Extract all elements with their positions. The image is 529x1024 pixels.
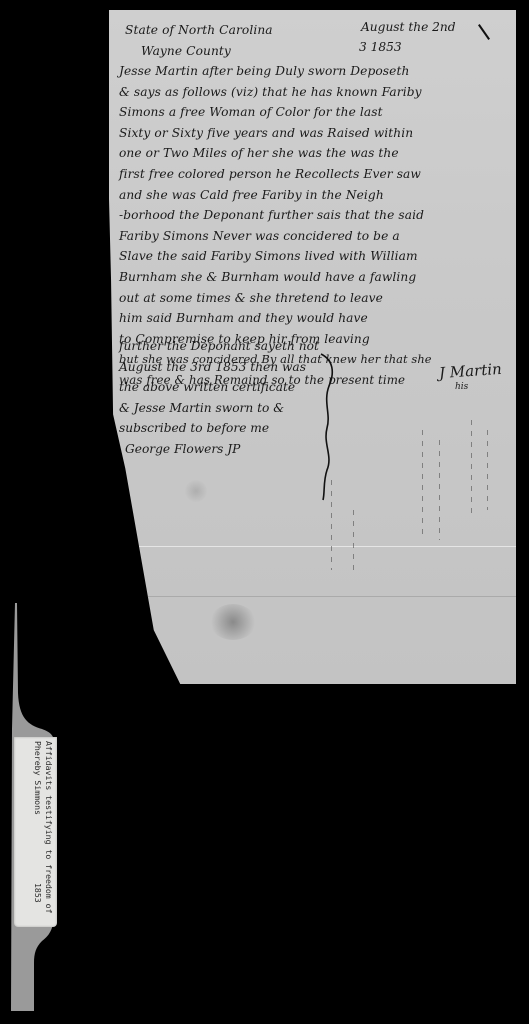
heading-year: 3 1853 [359, 40, 402, 54]
brace-mark [319, 352, 337, 502]
body-line: Sixty or Sixty five years and was Raised… [119, 123, 511, 144]
jurat-line: subscribed to before me [119, 418, 319, 439]
closing-line: further the Deponant sayeth not [119, 336, 319, 357]
body-line: Jesse Martin after being Duly sworn Depo… [119, 61, 511, 82]
jurat-line: & Jesse Martin sworn to & [119, 398, 319, 419]
folder-label-text: Affidavits testifying to freedom of Pher… [16, 741, 54, 921]
document-viewer: State of North Carolina Wayne County Aug… [0, 0, 529, 1024]
bleedthrough-writing [353, 510, 354, 570]
jurat-line: August the 3rd 1853 then was [119, 357, 319, 378]
body-line: & says as follows (viz) that he has know… [119, 82, 511, 103]
body-line: one or Two Miles of her she was the was … [119, 143, 511, 164]
bleedthrough-writing [487, 430, 488, 510]
label-year: 1853 [33, 883, 44, 903]
body-line: Burnham she & Burnham would have a fawli… [119, 267, 511, 288]
jurat-block: further the Deponant sayeth not August t… [119, 336, 319, 459]
heading-date: August the 2nd [361, 20, 456, 34]
ink-stain [210, 604, 256, 640]
body-line: and she was Cald free Fariby in the Neig… [119, 185, 511, 206]
signature-mark: his [455, 382, 468, 392]
body-line: -borhood the Deponant further sais that … [119, 205, 511, 226]
body-line: first free colored person he Recollects … [119, 164, 511, 185]
jurat-line: the above written certificate [119, 377, 319, 398]
body-line: Fariby Simons Never was concidered to be… [119, 226, 511, 247]
bleedthrough-writing [439, 440, 440, 540]
bleedthrough-writing [422, 430, 423, 540]
body-line: Simons a free Woman of Color for the las… [119, 102, 511, 123]
smudge [185, 480, 207, 502]
fold-line [109, 546, 516, 547]
body-line: out at some times & she thretend to leav… [119, 288, 511, 309]
body-line: Slave the said Fariby Simons lived with … [119, 246, 511, 267]
justice-signature: George Flowers JP [119, 439, 319, 460]
folder-label: Affidavits testifying to freedom of Pher… [14, 737, 57, 927]
label-title: Affidavits testifying to freedom of [44, 741, 55, 921]
manuscript-page: State of North Carolina Wayne County Aug… [109, 10, 516, 684]
body-line: him said Burnham and they would have [119, 308, 511, 329]
heading-county: Wayne County [119, 41, 511, 62]
crease-line [109, 596, 516, 597]
bleedthrough-writing [471, 420, 472, 515]
